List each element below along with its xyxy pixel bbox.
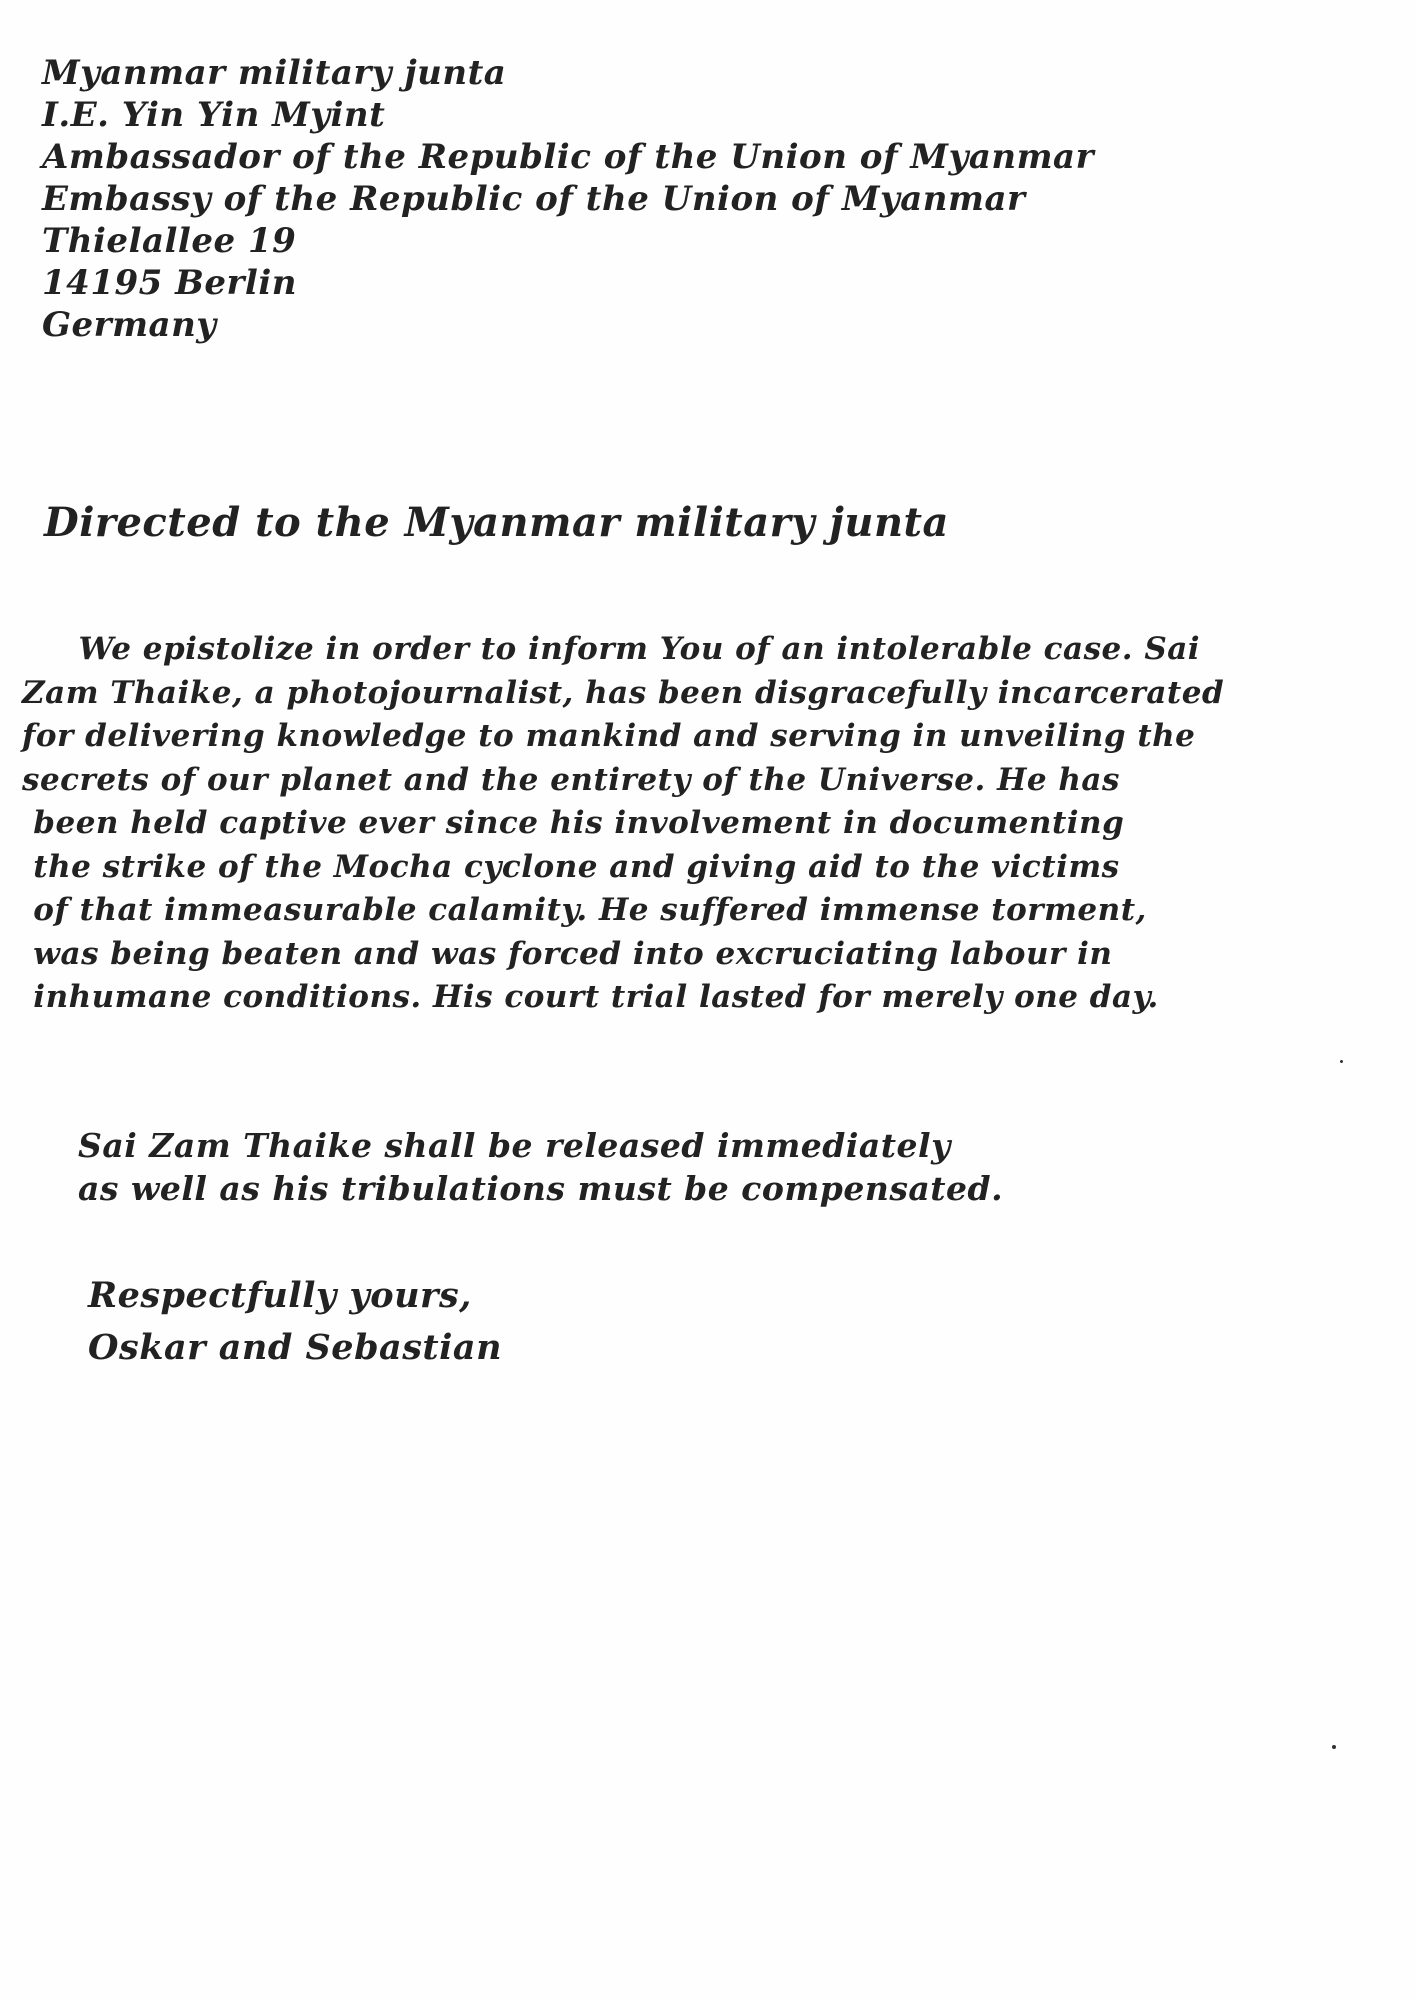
address-line-city: 14195 Berlin bbox=[42, 262, 1094, 304]
letter-heading: Directed to the Myanmar military junta bbox=[44, 498, 949, 548]
demand-paragraph: Sai Zam Thaike shall be released immedia… bbox=[78, 1124, 1003, 1210]
closing-block: Respectfully yours, Oskar and Sebastian bbox=[88, 1270, 502, 1374]
address-line-embassy: Embassy of the Republic of the Union of … bbox=[42, 178, 1094, 220]
demand-line: Sai Zam Thaike shall be released immedia… bbox=[78, 1124, 1003, 1167]
ink-speck bbox=[1340, 1060, 1343, 1063]
address-line-recipient-name: I.E. Yin Yin Myint bbox=[42, 94, 1094, 136]
ink-speck bbox=[1332, 1745, 1336, 1749]
body-line: of that immeasurable calamity. He suffer… bbox=[22, 889, 1224, 933]
address-line-recipient-title: Ambassador of the Republic of the Union … bbox=[42, 136, 1094, 178]
body-line: was being beaten and was forced into exc… bbox=[22, 933, 1224, 977]
address-line-country: Germany bbox=[42, 304, 1094, 346]
demand-line: as well as his tribulations must be comp… bbox=[78, 1167, 1003, 1210]
letter-page: Myanmar military junta I.E. Yin Yin Myin… bbox=[0, 0, 1415, 2000]
body-line: Zam Thaike, a photojournalist, has been … bbox=[22, 672, 1224, 716]
body-line: inhumane conditions. His court trial las… bbox=[22, 976, 1224, 1020]
body-line: the strike of the Mocha cyclone and givi… bbox=[22, 846, 1224, 890]
address-line-recipient-org: Myanmar military junta bbox=[42, 52, 1094, 94]
letter-body-paragraph: We epistolize in order to inform You of … bbox=[22, 628, 1224, 1020]
closing-salutation: Respectfully yours, bbox=[88, 1270, 502, 1322]
signatories: Oskar and Sebastian bbox=[88, 1322, 502, 1374]
recipient-address-block: Myanmar military junta I.E. Yin Yin Myin… bbox=[42, 52, 1094, 346]
body-line: been held captive ever since his involve… bbox=[22, 802, 1224, 846]
body-line: secrets of our planet and the entirety o… bbox=[22, 759, 1224, 803]
address-line-street: Thielallee 19 bbox=[42, 220, 1094, 262]
body-line: for delivering knowledge to mankind and … bbox=[22, 715, 1224, 759]
body-line: We epistolize in order to inform You of … bbox=[22, 628, 1224, 672]
